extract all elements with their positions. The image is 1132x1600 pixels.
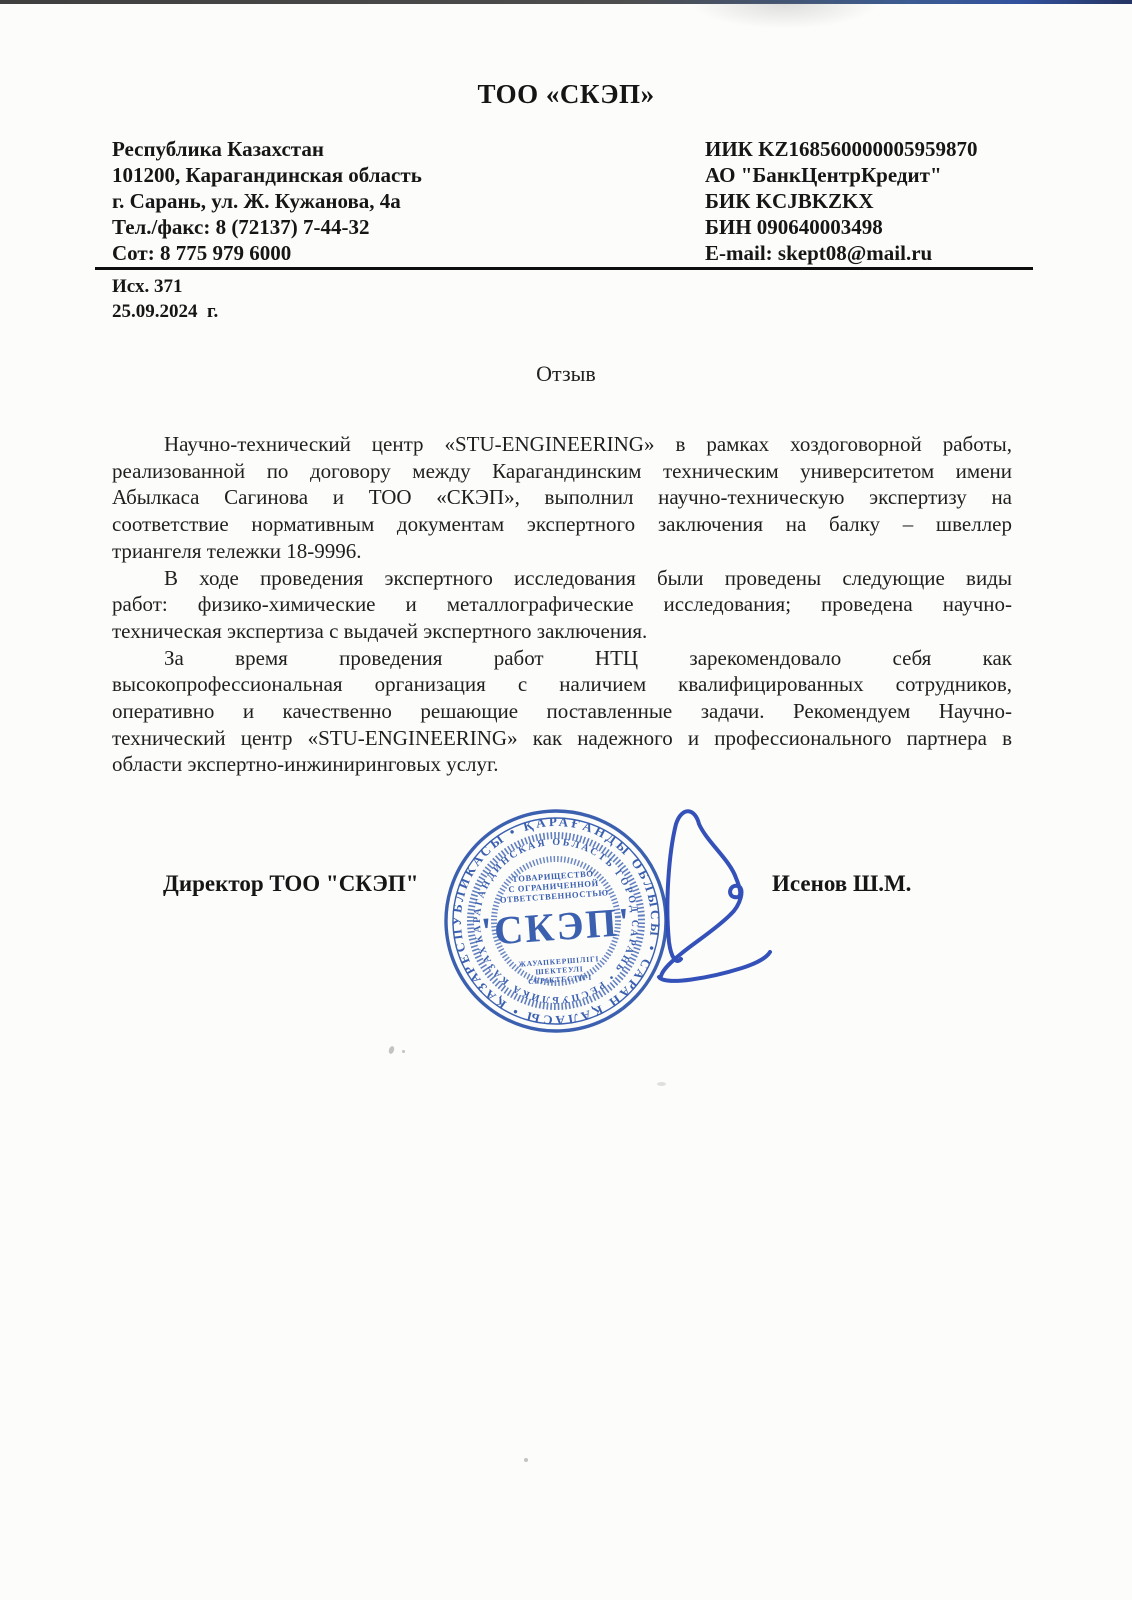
company-address-block: Республика Казахстан101200, Карагандинск…: [112, 136, 582, 266]
letter-body: Научно-технический центр «STU-ENGINEERIN…: [112, 431, 1012, 778]
handwritten-signature: [659, 811, 770, 981]
scanned-letter-page: ТОО «СКЭП» Республика Казахстан101200, К…: [0, 0, 1132, 1600]
text-line: техническая экспертиза с выдачей эксперт…: [112, 618, 1012, 645]
text-line: реализованной по договору между Караганд…: [112, 458, 1012, 485]
company-title: ТОО «СКЭП»: [0, 79, 1132, 110]
text-line: работ: физико-химические и металлографич…: [112, 591, 1012, 618]
text-line: Научно-технический центр «STU-ENGINEERIN…: [112, 431, 1012, 458]
text-line: БИК KCJBKZKX: [705, 188, 1035, 214]
text-line: Сот: 8 775 979 6000: [112, 240, 582, 266]
text-line: соответствие нормативным документам эксп…: [112, 511, 1012, 538]
text-line: БИН 090640003498: [705, 214, 1035, 240]
stamp-center-name: 'СКЭП': [480, 899, 634, 954]
text-line: 101200, Карагандинская область: [112, 162, 582, 188]
text-line: оперативно и качественно решающие постав…: [112, 698, 1012, 725]
body-paragraph: За время проведения работ НТЦ зарекоменд…: [112, 645, 1012, 779]
text-line: области экспертно-инжиниринговых услуг.: [112, 751, 1012, 778]
text-line: ИИК KZ168560000005959870: [705, 136, 1035, 162]
text-line: Абылкаса Сагинова и ТОО «СКЭП», выполнил…: [112, 484, 1012, 511]
text-line: АО "БанкЦентрКредит": [705, 162, 1035, 188]
text-line: В ходе проведения экспертного исследован…: [112, 565, 1012, 592]
scan-smudge-artifact: [690, 3, 880, 29]
scan-speck: [388, 1045, 395, 1054]
text-line: Исх. 371: [112, 274, 218, 299]
stamp-and-signature-area: РЕСПУБЛИКАСЫ • ҚАРАҒАНДЫ ОБЛЫСЫ • САРАН …: [430, 780, 830, 1060]
outgoing-ref-block: Исх. 37125.09.2024 г.: [112, 274, 218, 324]
text-line: высокопрофессиональная организация с нал…: [112, 671, 1012, 698]
text-line: Тел./факс: 8 (72137) 7-44-32: [112, 214, 582, 240]
header-divider: [95, 267, 1033, 270]
text-line: 25.09.2024 г.: [112, 299, 218, 324]
text-line: Республика Казахстан: [112, 136, 582, 162]
scan-edge-artifact: [0, 0, 1132, 4]
text-line: триангеля тележки 18-9996.: [112, 538, 1012, 565]
text-line: технический центр «STU-ENGINEERING» как …: [112, 725, 1012, 752]
text-line: г. Сарань, ул. Ж. Кужанова, 4а: [112, 188, 582, 214]
director-title-label: Директор ТОО "СКЭП": [163, 871, 419, 897]
body-paragraph: В ходе проведения экспертного исследован…: [112, 565, 1012, 645]
text-line: E-mail: skept08@mail.ru: [705, 240, 1035, 266]
text-line: За время проведения работ НТЦ зарекоменд…: [112, 645, 1012, 672]
bank-details-block: ИИК KZ168560000005959870АО "БанкЦентрКре…: [705, 136, 1035, 266]
document-heading: Отзыв: [0, 361, 1132, 387]
scan-speck: [657, 1082, 666, 1086]
scan-speck: [524, 1458, 528, 1462]
scan-speck: [402, 1050, 405, 1053]
body-paragraph: Научно-технический центр «STU-ENGINEERIN…: [112, 431, 1012, 565]
